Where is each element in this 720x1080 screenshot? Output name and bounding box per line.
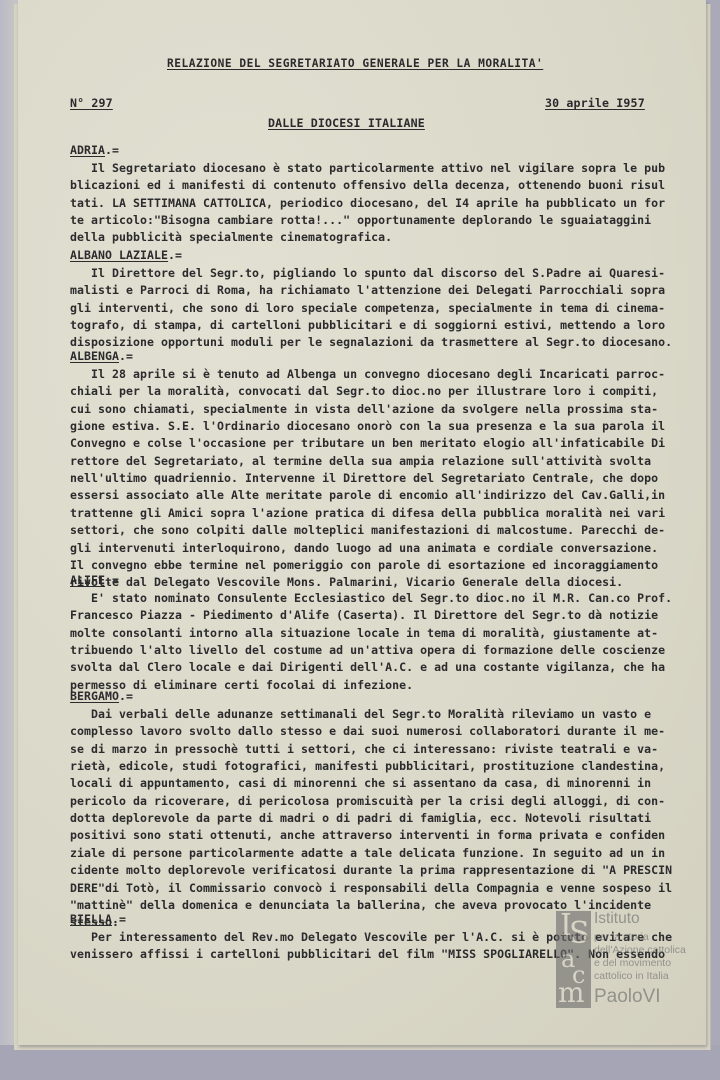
text-line: Il convegno ebbe termine nel pomeriggio … xyxy=(70,558,658,572)
text-line: blicazioni ed i manifesti di contenuto o… xyxy=(70,178,665,192)
heading-suffix: .= xyxy=(105,143,119,157)
text-line: malisti e Parroci di Roma, ha richiamato… xyxy=(70,283,665,297)
text-line: rivolte dal Delegato Vescovile Mons. Pal… xyxy=(70,575,623,589)
text-line: te articolo:"Bisogna cambiare rotta!..."… xyxy=(70,213,651,227)
text-line: chiali per la moralità, convocati dal Se… xyxy=(70,384,658,398)
text-line: Francesco Piazza - Piedimento d'Alife (C… xyxy=(70,608,658,622)
heading-suffix: .= xyxy=(168,248,182,262)
text-line: rettore del Segretariato, al termine del… xyxy=(70,454,651,468)
text-line: complesso lavoro svolto dallo stesso e d… xyxy=(70,724,665,738)
document-title: RELAZIONE DEL SEGRETARIATO GENERALE PER … xyxy=(167,57,543,70)
watermark-logo: I S a c m Istituto per la storia dell'Az… xyxy=(556,911,706,1021)
text-line: cui sono chiamati, specialmente in vista… xyxy=(70,402,658,416)
diocese-name: ALBENGA xyxy=(70,349,119,363)
text-line: Il 28 aprile si è tenuto ad Albenga un c… xyxy=(70,367,665,381)
text-line: essersi associato alle Alte meritate par… xyxy=(70,488,665,502)
logo-letter: m xyxy=(558,981,585,1005)
text-line: se di marzo in pressochè tutti i settori… xyxy=(70,742,658,756)
text-line: cidente molto deplorevole verificatosi d… xyxy=(70,863,672,877)
text-line: Dai verbali delle adunanze settimanali d… xyxy=(70,707,651,721)
text-line: tati. LA SETTIMANA CATTOLICA, periodico … xyxy=(70,196,665,210)
text-line: disposizione opportuni moduli per le seg… xyxy=(70,335,672,349)
watermark-line: cattolico in Italia xyxy=(594,970,669,983)
watermark-line: dell'Azione cattolica xyxy=(594,944,686,957)
watermark-line: PaoloVI xyxy=(594,987,661,1007)
section-heading: ALBANO LAZIALE.= xyxy=(70,248,182,262)
text-line: pericolo da ricoverare, di pericolosa pr… xyxy=(70,794,665,808)
text-line: settori, che sono colpiti dalle moltepli… xyxy=(70,523,665,537)
text-line: positivi sono stati ottenuti, anche attr… xyxy=(70,828,665,842)
document-subtitle: DALLE DIOCESI ITALIANE xyxy=(268,116,425,130)
text-line: dotta deplorevole da parte di madri o di… xyxy=(70,811,651,825)
watermark-line: e del movimento xyxy=(594,957,671,970)
text-line: tografo, di stampa, di cartelloni pubbli… xyxy=(70,318,665,332)
page-content: RELAZIONE DEL SEGRETARIATO GENERALE PER … xyxy=(0,0,720,1045)
text-line: nell'ultimo quadriennio. Intervenne il D… xyxy=(70,471,658,485)
section-heading: ALBENGA.= xyxy=(70,349,133,363)
diocese-name: ALIFE xyxy=(70,573,105,587)
section-heading: BERGAMO.= xyxy=(70,689,133,703)
text-line: gione estiva. S.E. l'Ordinario diocesano… xyxy=(70,419,665,433)
text-line: gli intervenuti interloquirono, dando lu… xyxy=(70,541,658,555)
text-line: gli interventi, che sono di loro special… xyxy=(70,301,665,315)
heading-suffix: .= xyxy=(112,912,126,926)
text-line: Il Segretariato diocesano è stato partic… xyxy=(70,161,665,175)
text-line: tribuendo l'alto livello del costume ad … xyxy=(70,643,665,657)
text-line: della pubblicità specialmente cinematogr… xyxy=(70,230,392,244)
document-date: 30 aprile I957 xyxy=(545,96,645,110)
watermark-line: per la storia xyxy=(594,931,649,944)
watermark-line: Istituto xyxy=(594,911,640,927)
text-line: locali di appuntamento, casi di minorenn… xyxy=(70,776,651,790)
text-line: ziale di persone particolarmente adatte … xyxy=(70,846,665,860)
section-heading: BIELLA.= xyxy=(70,912,126,926)
text-line: trattenne gli Amici sopra l'azione prati… xyxy=(70,506,665,520)
text-line: DERE"di Totò, il Commissario convocò i r… xyxy=(70,881,672,895)
text-line: E' stato nominato Consulente Ecclesiasti… xyxy=(70,591,672,605)
diocese-name: ADRIA xyxy=(70,143,105,157)
diocese-name: BIELLA xyxy=(70,912,112,926)
section-heading: ADRIA.= xyxy=(70,143,119,157)
document-number: N° 297 xyxy=(70,96,113,110)
section-heading: ALIFE.= xyxy=(70,573,119,587)
diocese-name: BERGAMO xyxy=(70,689,119,703)
heading-suffix: .= xyxy=(119,349,133,363)
text-line: svolta dal Clero locale e dai Dirigenti … xyxy=(70,660,665,674)
heading-suffix: .= xyxy=(119,689,133,703)
backdrop-bottom xyxy=(0,1045,720,1080)
heading-suffix: .= xyxy=(105,573,119,587)
diocese-name: ALBANO LAZIALE xyxy=(70,248,168,262)
text-line: rietà, edicole, studi fotografici, manif… xyxy=(70,759,665,773)
text-line: Il Direttore del Segr.to, pigliando lo s… xyxy=(70,266,665,280)
text-line: molte consolanti intorno alla situazione… xyxy=(70,626,658,640)
text-line: Convegno e colse l'occasione per tributa… xyxy=(70,436,665,450)
typewritten-page: RELAZIONE DEL SEGRETARIATO GENERALE PER … xyxy=(18,0,706,1045)
